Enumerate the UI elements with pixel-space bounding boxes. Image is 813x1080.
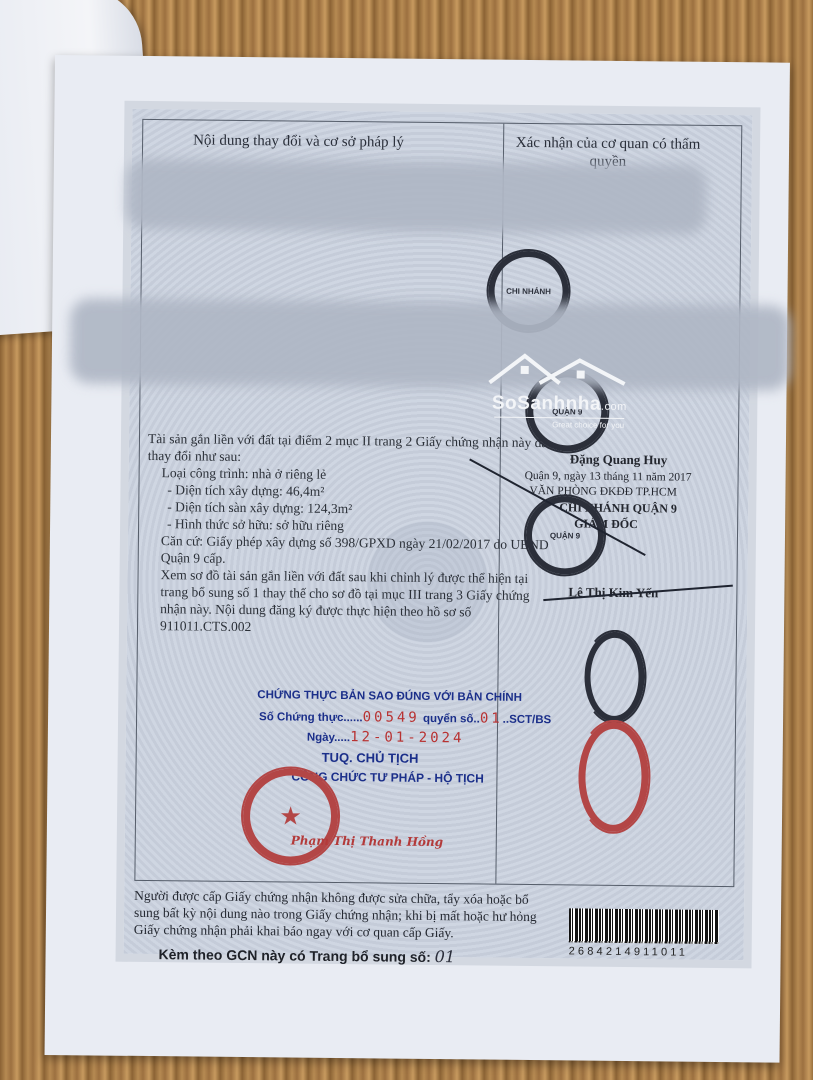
certification-number-line: Số Chứng thực......00549 quyển số..01..S… (259, 708, 551, 727)
role-line-1: TUQ. CHỦ TỊCH (322, 750, 419, 766)
barcode-number: 2684214911011 (569, 945, 719, 959)
attachment-note: Kèm theo GCN này có Trang bổ sung số: 01 (158, 944, 455, 966)
book-label: quyển số (423, 713, 474, 726)
date-value: 12-01-2024 (350, 729, 464, 746)
redaction-band (70, 298, 791, 391)
certification-title: CHỨNG THỰC BẢN SAO ĐÚNG VỚI BẢN CHÍNH (257, 689, 522, 704)
houses-logo-icon (485, 348, 635, 390)
red-ward-seal: ★ (241, 766, 341, 866)
book-value: 01 (480, 710, 503, 726)
certifier-signature-name: Phạm Thị Thanh Hồng (291, 834, 443, 850)
watermark-brand: SoSanhnha.com (484, 393, 634, 417)
attachment-label: Kèm theo GCN này có Trang bổ sung số: (159, 946, 431, 965)
partial-seal-red (576, 720, 651, 835)
barcode (569, 908, 719, 944)
cert-number-label: Số Chứng thực (259, 711, 343, 724)
date-label: Ngày (307, 732, 334, 744)
certificate-page: Nội dung thay đổi và cơ sở pháp lý Xác n… (45, 55, 790, 1063)
redaction-band (126, 159, 707, 235)
diagram-reference: Xem sơ đồ tài sản gắn liền với đất sau k… (146, 566, 557, 638)
cert-suffix: SCT/BS (509, 714, 551, 726)
issue-date: Quận 9, ngày 13 tháng 11 năm 2017 (525, 470, 692, 484)
legal-notice: Người được cấp Giấy chứng nhận không đượ… (134, 887, 555, 942)
legal-basis: Căn cứ: Giấy phép xây dựng số 398/GPXD n… (147, 532, 557, 570)
asset-change-line: Tài sản gắn liền với đất tại điểm 2 mục … (148, 430, 558, 468)
change-details: Tài sản gắn liền với đất tại điểm 2 mục … (146, 430, 558, 638)
header-changes: Nội dung thay đổi và cơ sở pháp lý (193, 132, 404, 151)
seal-text: QUẬN 9 (550, 531, 580, 540)
seal-text: CHI NHÁNH (506, 286, 551, 295)
star-emblem-icon: ★ (281, 803, 301, 829)
watermark-tagline: Great choice for you (494, 417, 624, 430)
certification-date-line: Ngày.....12-01-2024 (307, 729, 465, 747)
attachment-count: 01 (435, 947, 456, 966)
sosanhnha-watermark: SoSanhnha.com Great choice for you (484, 348, 635, 431)
branch-seal-bottom: QUẬN 9 (524, 494, 607, 577)
decorative-frame: Nội dung thay đổi và cơ sở pháp lý Xác n… (116, 101, 761, 969)
signer-1-name: Đặng Quang Huy (570, 451, 668, 468)
partial-seal-dark (582, 630, 647, 725)
cert-number-value: 00549 (363, 709, 420, 726)
